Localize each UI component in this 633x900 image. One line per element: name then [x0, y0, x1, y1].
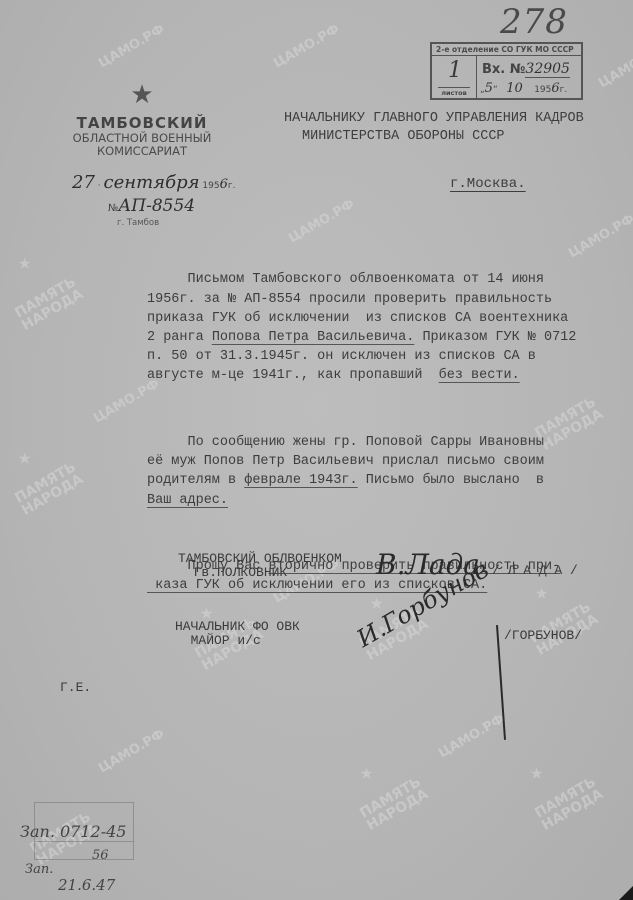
receipt-stamp-date: „5“ 10 1956г. — [480, 81, 567, 96]
sender-stamp: ★ ТАМБОВСКИЙ ОБЛАСТНОЙ ВОЕННЫЙ КОМИССАРИ… — [62, 82, 222, 158]
paragraph-1: Письмом Тамбовского облвоенкомата от 14 … — [147, 270, 617, 385]
addressee: НАЧАЛЬНИКУ ГЛАВНОГО УПРАВЛЕНИЯ КАДРОВМИН… — [284, 110, 584, 146]
receipt-stamp-incoming-number: 32905 — [525, 61, 570, 78]
watermark-site: ЦАМО.РФ — [97, 728, 167, 776]
sender-stamp-city: г. Тамбов — [117, 218, 159, 228]
scan-corner — [619, 886, 633, 900]
signatory-1-title: ТАМБОВСКИЙ ОБЛВОЕНКОМ Гв.ПОЛКОВНИК — [178, 552, 342, 580]
watermark-star-icon: ★ — [18, 445, 31, 471]
sender-stamp-number-value: АП-8554 — [118, 196, 195, 216]
underlined-name: Попова Петра Васильевича. — [212, 330, 415, 345]
sender-stamp-year-prefix: 195 — [202, 181, 219, 191]
receipt-stamp-incoming-label: Вх. № — [482, 62, 525, 77]
body-line: п. 50 от 31.3.1945г. он исключен из спис… — [147, 347, 617, 366]
underlined-status: без вести. — [439, 368, 520, 383]
body-text: августе м-це 1941г., как пропавший — [147, 368, 439, 383]
sender-stamp-year-suffix: г. — [228, 181, 236, 191]
receipt-stamp-year-suffix: г. — [560, 85, 568, 95]
body-line: августе м-це 1941г., как пропавший без в… — [147, 366, 617, 385]
addressee-line1: НАЧАЛЬНИКУ ГЛАВНОГО УПРАВЛЕНИЯ КАДРОВ — [284, 110, 584, 128]
underlined-address: Ваш адрес. — [147, 491, 228, 510]
signatory-rank: МАЙОР и/с — [175, 634, 300, 648]
archive-note-4: 21.6.47 — [58, 876, 115, 894]
body-line: 2 ранга Попова Петра Васильевича. Приказ… — [147, 328, 617, 347]
signatory-title-line: ТАМБОВСКИЙ ОБЛВОЕНКОМ — [178, 552, 342, 566]
receipt-stamp-sheets-cell: 1 листов — [432, 56, 477, 98]
signatory-2-name: /ГОРБУНОВ/ — [504, 628, 582, 643]
sender-stamp-number: №АП-8554 — [108, 196, 195, 216]
watermark-project: ПАМЯТЬНАРОДА — [533, 775, 606, 833]
page-number: 278 — [500, 2, 568, 42]
receipt-stamp-year-prefix: 195 — [534, 85, 551, 95]
body-line: её муж Попов Петр Васильевич прислал пис… — [147, 452, 617, 471]
signatory-title-line: НАЧАЛЬНИК ФО ОВК — [175, 620, 300, 634]
receipt-stamp-sheets-count: 1 — [448, 58, 462, 83]
receipt-stamp-incoming: Вх. №32905 — [482, 61, 570, 77]
body-line: 1956г. за № АП-8554 просили проверить пр… — [147, 290, 617, 309]
sender-stamp-day: 27 — [72, 172, 95, 193]
body-text: 2 ранга — [147, 330, 212, 345]
watermark-star-icon: ★ — [530, 760, 543, 786]
watermark-project: ПАМЯТЬНАРОДА — [358, 775, 431, 833]
watermark-project: ПАМЯТЬНАРОДА — [13, 275, 86, 333]
typist-initials: Г.Е. — [60, 680, 91, 695]
receipt-stamp-sheets-label: листов — [438, 87, 470, 97]
archive-note-2: 56 — [92, 848, 109, 863]
addressee-line2: МИНИСТЕРСТВА ОБОРОНЫ СССР — [284, 128, 584, 146]
sender-stamp-number-prefix: № — [108, 203, 118, 214]
paragraph-2: По сообщению жены гр. Поповой Сарры Иван… — [147, 433, 617, 510]
sender-stamp-line3: КОМИССАРИАТ — [62, 145, 222, 158]
underlined-date: феврале 1943г. — [244, 473, 357, 488]
body-text: Приказом ГУК № 0712 — [414, 330, 576, 345]
watermark-site: ЦАМО.РФ — [597, 43, 633, 91]
body-line: родителям в феврале 1943г. Письмо было в… — [147, 471, 617, 490]
addressee-city: г.Москва. — [450, 176, 526, 192]
watermark-site: ЦАМО.РФ — [97, 23, 167, 71]
sender-stamp-date: 27 · сентября 1956г. — [72, 172, 235, 193]
watermark-project: ПАМЯТЬНАРОДА — [13, 460, 86, 518]
receipt-stamp: 2-е отделение СО ГУК МО СССР 1 листов Вх… — [430, 42, 583, 100]
watermark-site: ЦАМО.РФ — [272, 23, 342, 71]
body-line: Письмом Тамбовского облвоенкомата от 14 … — [147, 270, 617, 289]
signatory-1-name: / Л А Д А / — [492, 563, 578, 578]
receipt-stamp-header: 2-е отделение СО ГУК МО СССР — [436, 45, 574, 54]
watermark-star-icon: ★ — [18, 250, 31, 276]
star-icon: ★ — [62, 82, 222, 108]
sender-stamp-month: сентября — [104, 172, 200, 193]
body-line: приказа ГУК об исключении из списков СА … — [147, 309, 617, 328]
archive-note-3: Зап. — [25, 862, 53, 877]
archive-note-1: Зап. 0712-45 — [20, 822, 126, 841]
body-line: По сообщению жены гр. Поповой Сарры Иван… — [147, 433, 617, 452]
signatory-2-title: НАЧАЛЬНИК ФО ОВК МАЙОР и/с — [175, 620, 300, 648]
sender-stamp-year-digit: 6 — [220, 177, 228, 192]
watermark-star-icon: ★ — [360, 760, 373, 786]
sender-stamp-name: ТАМБОВСКИЙ — [62, 114, 222, 132]
receipt-stamp-day: 5 — [485, 81, 493, 96]
document-page: ЦАМО.РФ ЦАМО.РФ ЦАМО.РФ ЦАМО.РФ ЦАМО.РФ … — [0, 0, 633, 900]
watermark-site: ЦАМО.РФ — [437, 713, 507, 761]
receipt-stamp-year-digit: 6 — [551, 81, 559, 96]
body-text: родителям в — [147, 473, 244, 488]
archive-stamp-divider — [35, 841, 133, 842]
signatory-rank: Гв.ПОЛКОВНИК — [178, 566, 342, 580]
body-text: Письмо было выслано в — [358, 473, 544, 488]
receipt-stamp-month: 10 — [506, 81, 523, 96]
